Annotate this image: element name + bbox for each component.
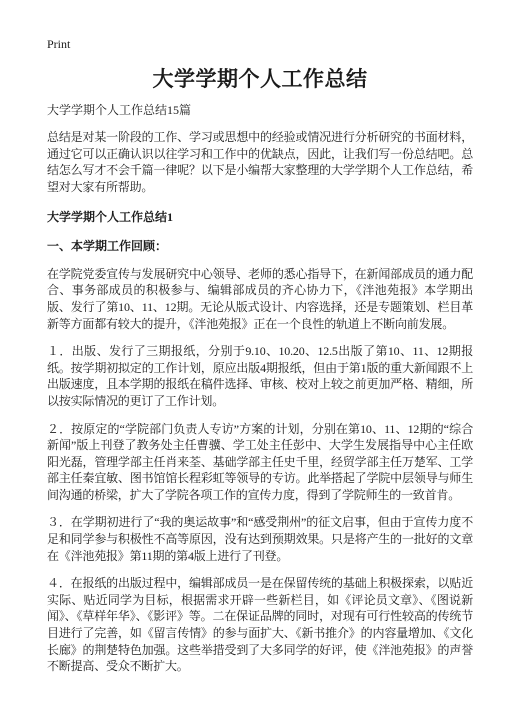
body-paragraph: ２．按原定的“学院部门负责人专访”方案的计划，分别在第10、11、12期的“综合… [47, 421, 473, 504]
body-paragraph: １．出版、发行了三期报纸，分别于9.10、10.20、12.5出版了第10、11… [47, 343, 473, 409]
intro-paragraph: 总结是对某一阶段的工作、学习或思想中的经验或情况进行分析研究的书面材料，通过它可… [47, 129, 473, 195]
document-page: Print 大学学期个人工作总结 大学学期个人工作总结15篇 总结是对某一阶段的… [0, 0, 520, 718]
print-link[interactable]: Print [47, 37, 70, 52]
section-heading: 大学学期个人工作总结1 [47, 209, 473, 226]
doc-subtitle: 大学学期个人工作总结15篇 [47, 102, 473, 119]
subsection-heading: 一、本学期工作回顾： [47, 238, 473, 255]
body-paragraph: 在学院党委宣传与发展研究中心领导、老师的悉心指导下，在新闻部成员的通力配合、事务… [47, 266, 473, 332]
body-paragraph: ３．在学期初进行了“我的奥运故事”和“感受荆州”的征文启事，但由于宣传力度不足和… [47, 514, 473, 564]
body-paragraph: ４．在报纸的出版过程中，编辑部成员一是在保留传统的基础上积极探索，以贴近实际、贴… [47, 575, 473, 675]
page-title: 大学学期个人工作总结 [47, 66, 473, 92]
